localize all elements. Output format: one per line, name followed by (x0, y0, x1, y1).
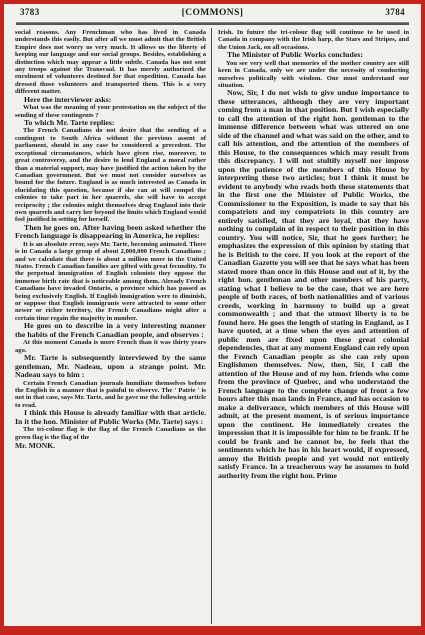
page-number-left: 3783 (20, 7, 40, 17)
paragraph: It is an absolute error, says Mr. Tarte,… (15, 241, 206, 322)
page-number-right: 3784 (385, 7, 405, 17)
paragraph: What was the meaning of your protestatio… (15, 104, 206, 119)
paragraph: Then he goes on. After having been asked… (15, 224, 206, 241)
paragraph: At this moment Canada is more French tha… (15, 339, 206, 354)
text-columns: social reasons. Any Frenchman who has li… (4, 28, 421, 626)
page-header: 3783 [COMMONS] 3784 (4, 4, 421, 18)
paragraph: The French Canadians do not desire that … (15, 127, 206, 223)
paragraph: The tri-colour flag is the flag of the F… (15, 426, 206, 441)
paragraph: social reasons. Any Frenchman who has li… (15, 29, 206, 96)
paragraph: Certain French Canadian journals humilia… (15, 380, 206, 410)
left-column: social reasons. Any Frenchman who has li… (11, 28, 211, 624)
paragraph: Mr. Tarte is subsequently interviewed by… (15, 354, 206, 380)
hansard-page: 3783 [COMMONS] 3784 social reasons. Any … (0, 0, 425, 635)
paragraph: You see very well that memories of the m… (218, 60, 409, 90)
header-rule (16, 22, 409, 25)
paragraph: I think this House is already familiar w… (15, 409, 206, 426)
paragraph: Now, Sir, I do not wish to give undue im… (218, 89, 409, 480)
paragraph: He goes on to describe in a very interes… (15, 322, 206, 339)
paragraph: Irish. In future the tri-colour flag wil… (218, 29, 409, 51)
paragraph: Mr. MONK. (15, 441, 206, 450)
paragraph: The Minister of Public Works concludes: (218, 51, 409, 60)
right-column: Irish. In future the tri-colour flag wil… (211, 28, 414, 624)
page-title: [COMMONS] (182, 8, 244, 18)
paragraph: Here the interviewer asks: (15, 96, 206, 105)
paragraph: To which Mr. Tarte replies: (15, 119, 206, 128)
